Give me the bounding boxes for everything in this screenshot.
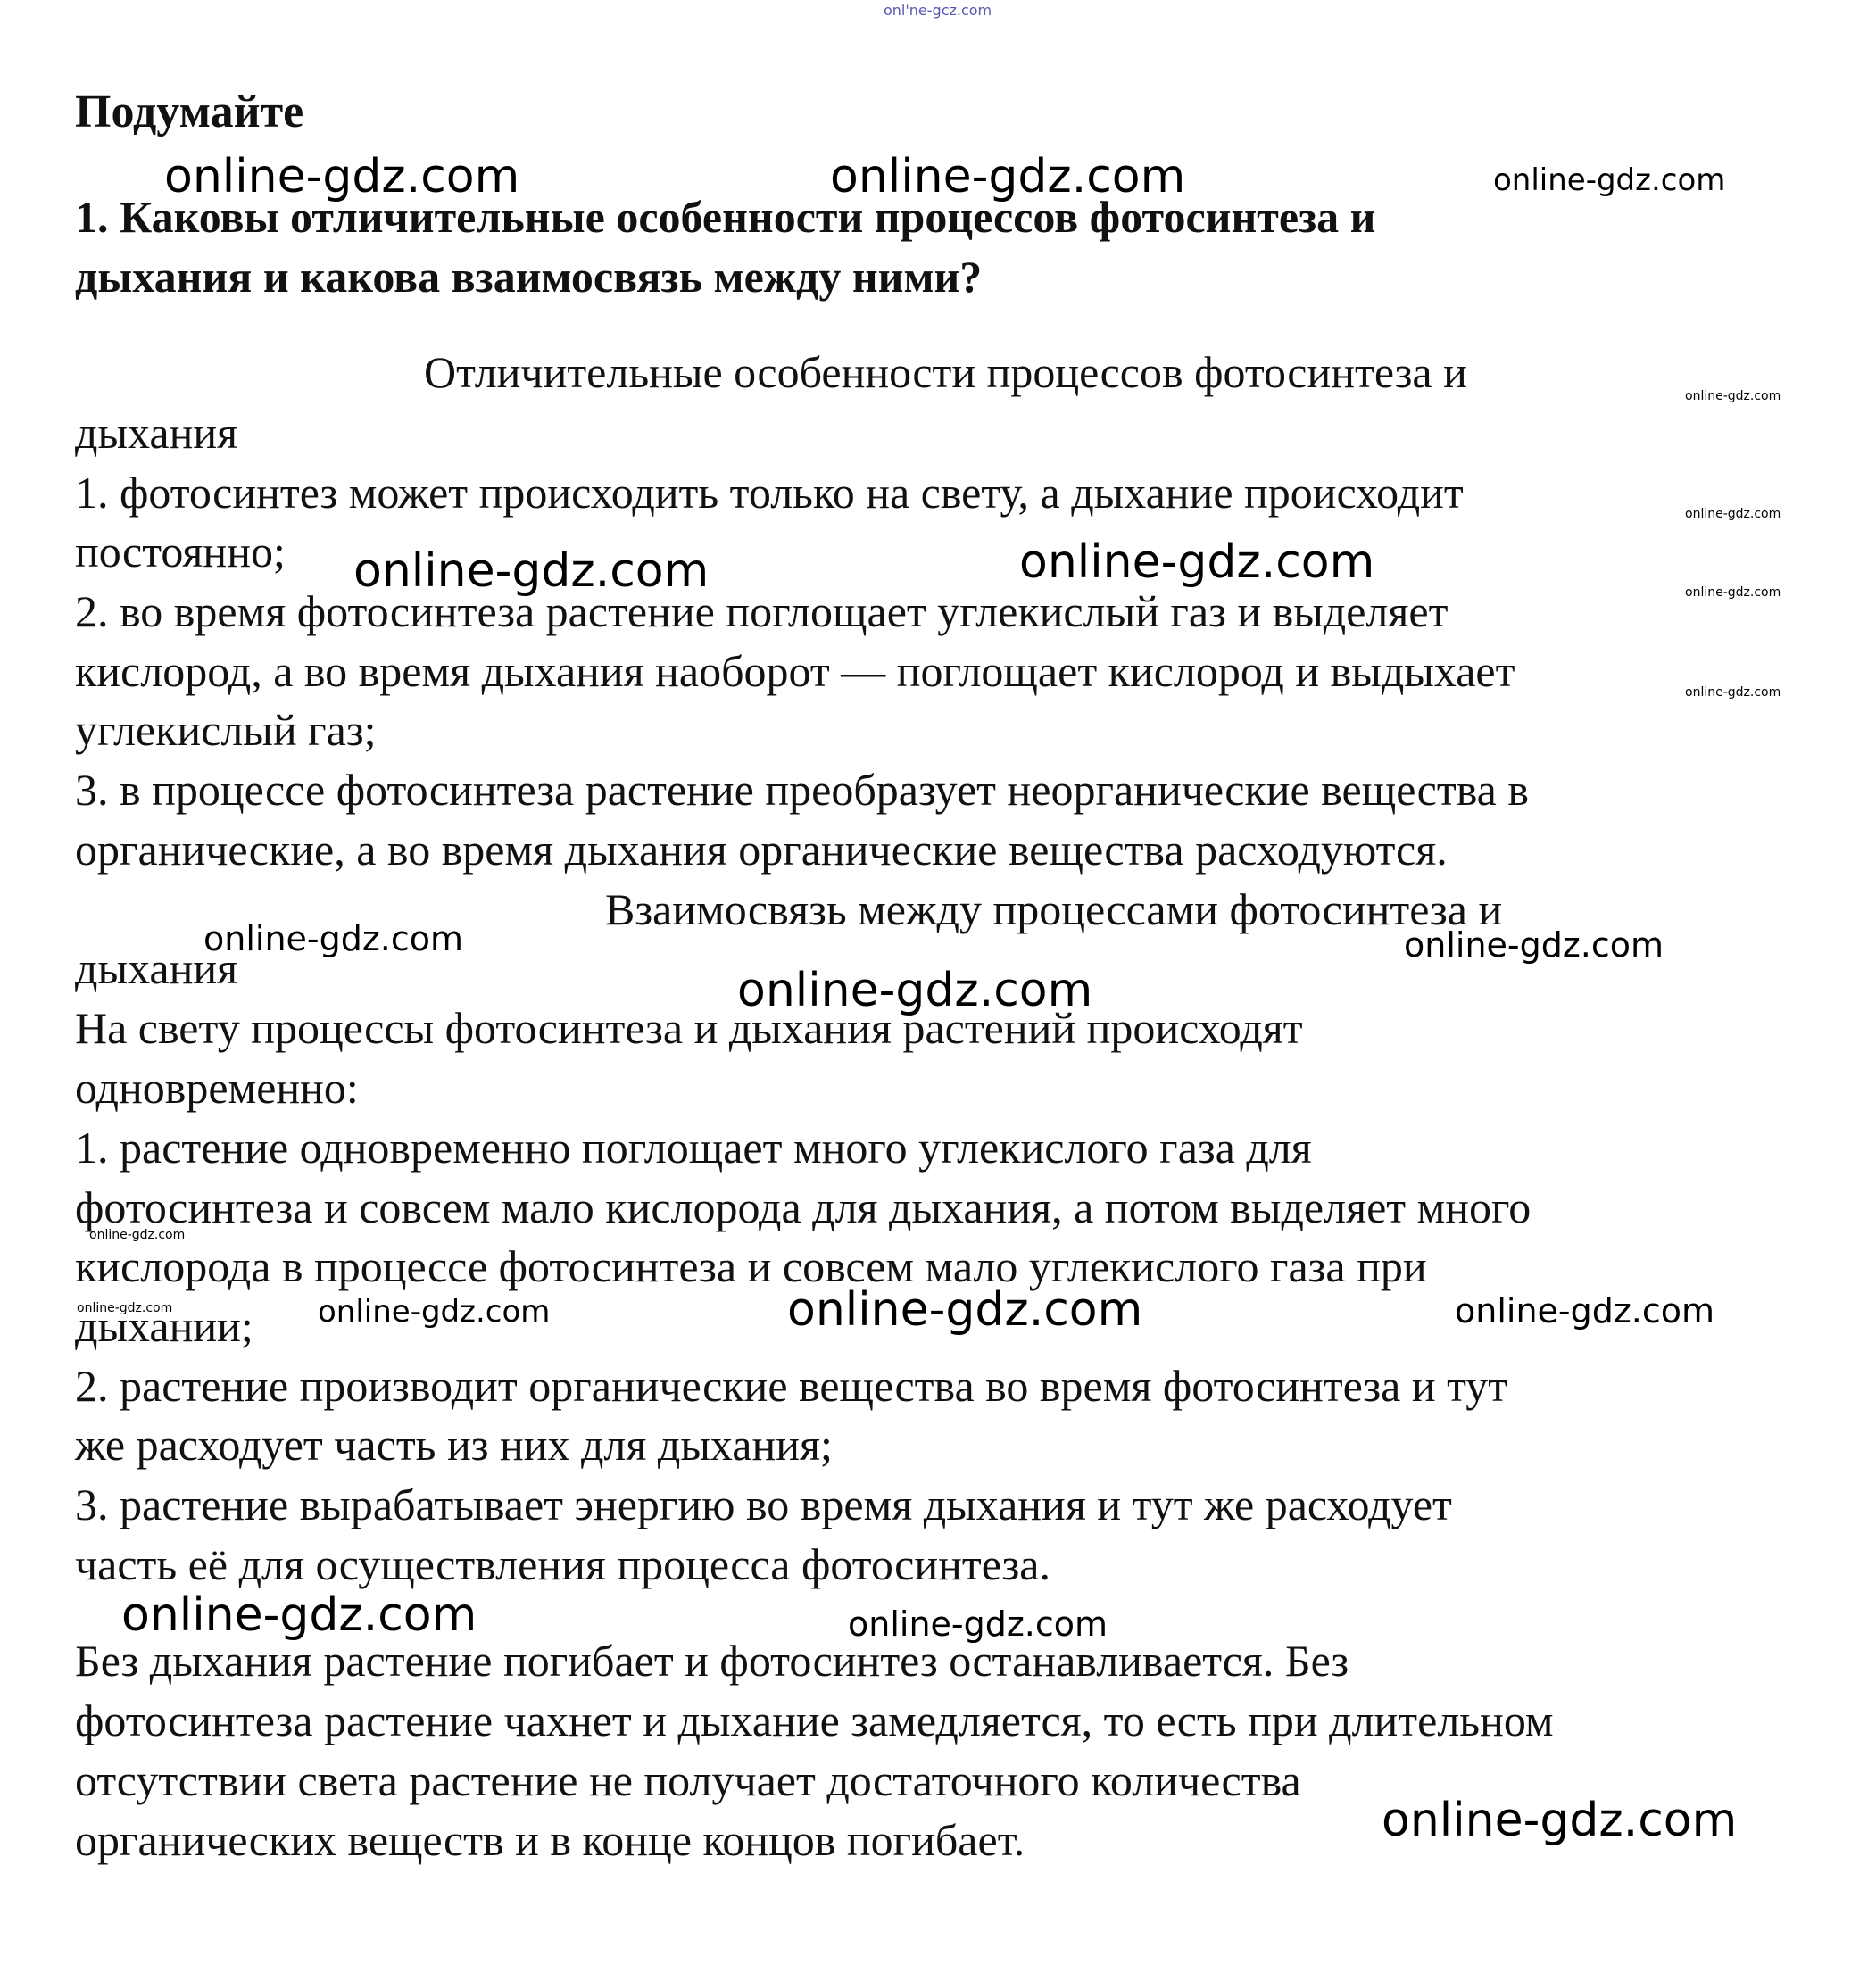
section1-title-line-2: дыхания: [75, 410, 237, 455]
watermark: online-gdz.com: [1493, 162, 1725, 198]
section2-line: часть её для осуществления процесса фото…: [75, 1542, 1050, 1587]
watermark: online-gdz.com: [1019, 535, 1374, 589]
watermark: online-gdz.com: [353, 544, 709, 598]
section2-line: кислорода в процессе фотосинтеза и совсе…: [75, 1244, 1427, 1289]
conclusion-line: Без дыхания растение погибает и фотосинт…: [75, 1638, 1349, 1683]
watermark: online-gdz.com: [1685, 685, 1781, 700]
section1-line: постоянно;: [75, 529, 286, 574]
watermark: online-gdz.com: [164, 150, 519, 203]
section1-line: 3. в процессе фотосинтеза растение преоб…: [75, 767, 1529, 812]
watermark: online-gdz.com: [848, 1604, 1108, 1644]
section1-line: 2. во время фотосинтеза растение поглоща…: [75, 589, 1448, 634]
conclusion-line: фотосинтеза растение чахнет и дыхание за…: [75, 1698, 1554, 1743]
section1-line: углекислый газ;: [75, 708, 377, 752]
watermark: online-gdz.com: [1685, 389, 1781, 403]
watermark: online-gdz.com: [1455, 1291, 1714, 1331]
watermark: online-gdz.com: [203, 919, 463, 958]
section2-line: 1. растение одновременно поглощает много…: [75, 1125, 1312, 1170]
section2-line: же расходует часть из них для дыхания;: [75, 1422, 833, 1467]
conclusion-line: отсутствии света растение не получает до…: [75, 1758, 1301, 1803]
section1-line: кислород, а во время дыхания наоборот — …: [75, 649, 1515, 693]
watermark: online-gdz.com: [1685, 507, 1781, 521]
watermark: online-gdz.com: [1404, 925, 1664, 965]
page-heading: Подумайте: [75, 89, 303, 136]
watermark: online-gdz.com: [830, 150, 1185, 203]
section2-line: 3. растение вырабатывает энергию во врем…: [75, 1482, 1452, 1527]
watermark: online-gdz.com: [121, 1588, 477, 1642]
section2-title-line-1: Взаимосвязь между процессами фотосинтеза…: [605, 887, 1502, 932]
watermark: online-gdz.com: [1685, 585, 1781, 600]
section2-line: На свету процессы фотосинтеза и дыхания …: [75, 1006, 1303, 1050]
section2-line: 2. растение производит органические веще…: [75, 1364, 1507, 1408]
section2-line: одновременно:: [75, 1065, 359, 1110]
section1-title-line-1: Отличительные особенности процессов фото…: [424, 350, 1467, 394]
section1-line: органические, а во время дыхания органич…: [75, 827, 1448, 872]
watermark: online-gdz.com: [89, 1228, 185, 1242]
section2-line: фотосинтеза и совсем мало кислорода для …: [75, 1185, 1531, 1230]
question-line-2: дыхания и какова взаимосвязь между ними?: [75, 254, 982, 299]
watermark: online-gdz.com: [737, 964, 1092, 1017]
watermark: online-gdz.com: [77, 1301, 172, 1315]
watermark: online-gdz.com: [1382, 1794, 1737, 1847]
top-watermark: onl'ne-gcz.com: [884, 2, 992, 19]
conclusion-line: органических веществ и в конце концов по…: [75, 1818, 1025, 1862]
document-page: onl'ne-gcz.com Подумайте 1. Каковы отлич…: [0, 0, 1876, 1973]
watermark: online-gdz.com: [787, 1283, 1142, 1337]
watermark: online-gdz.com: [318, 1294, 550, 1330]
section1-line: 1. фотосинтез может происходить только н…: [75, 470, 1464, 515]
